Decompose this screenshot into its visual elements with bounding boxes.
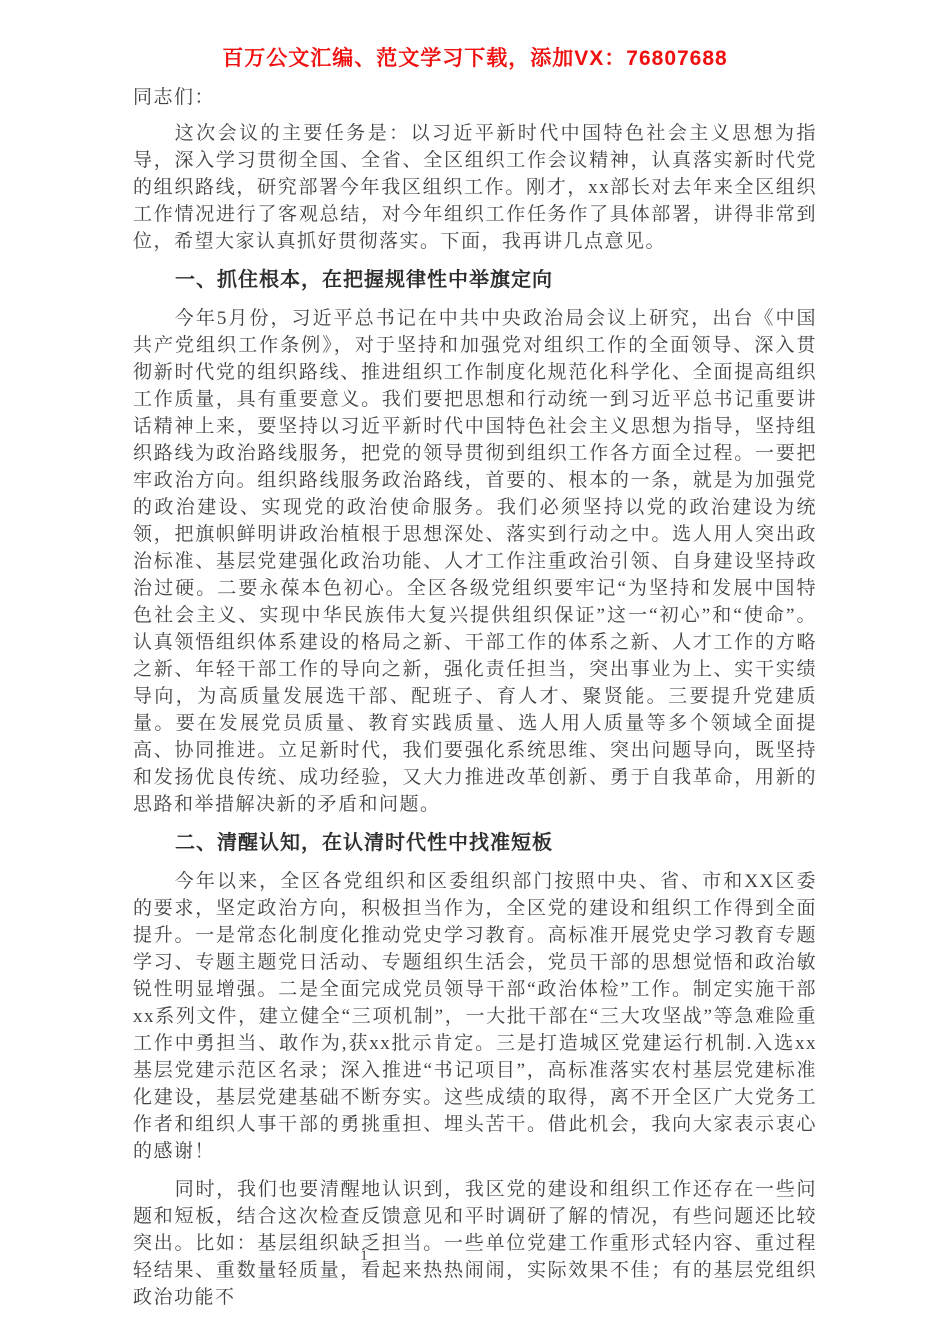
page-number: 1 — [352, 1248, 376, 1265]
paragraph-section-2-achievements: 今年以来，全区各党组织和区委组织部门按照中央、省、市和XX区委的要求，坚定政治方… — [133, 868, 817, 1165]
section-heading-1: 一、抓住根本，在把握规律性中举旗定向 — [133, 266, 817, 294]
document-page: 百万公文汇编、范文学习下载，添加VX：76807688 同志们： 这次会议的主要… — [0, 0, 950, 1344]
paragraph-section-1: 今年5月份，习近平总书记在中共中央政治局会议上研究，出台《中国共产党组织工作条例… — [133, 305, 817, 818]
paragraph-section-2-problems: 同时，我们也要清醒地认识到，我区党的建设和组织工作还存在一些问题和短板，结合这次… — [133, 1176, 817, 1311]
section-heading-2: 二、清醒认知，在认清时代性中找准短板 — [133, 829, 817, 857]
promo-header-text: 百万公文汇编、范文学习下载，添加VX：76807688 — [0, 42, 950, 72]
document-body: 同志们： 这次会议的主要任务是：以习近平新时代中国特色社会主义思想为指导，深入学… — [133, 84, 817, 1322]
paragraph-intro: 这次会议的主要任务是：以习近平新时代中国特色社会主义思想为指导，深入学习贯彻全国… — [133, 120, 817, 255]
salutation: 同志们： — [133, 84, 817, 111]
